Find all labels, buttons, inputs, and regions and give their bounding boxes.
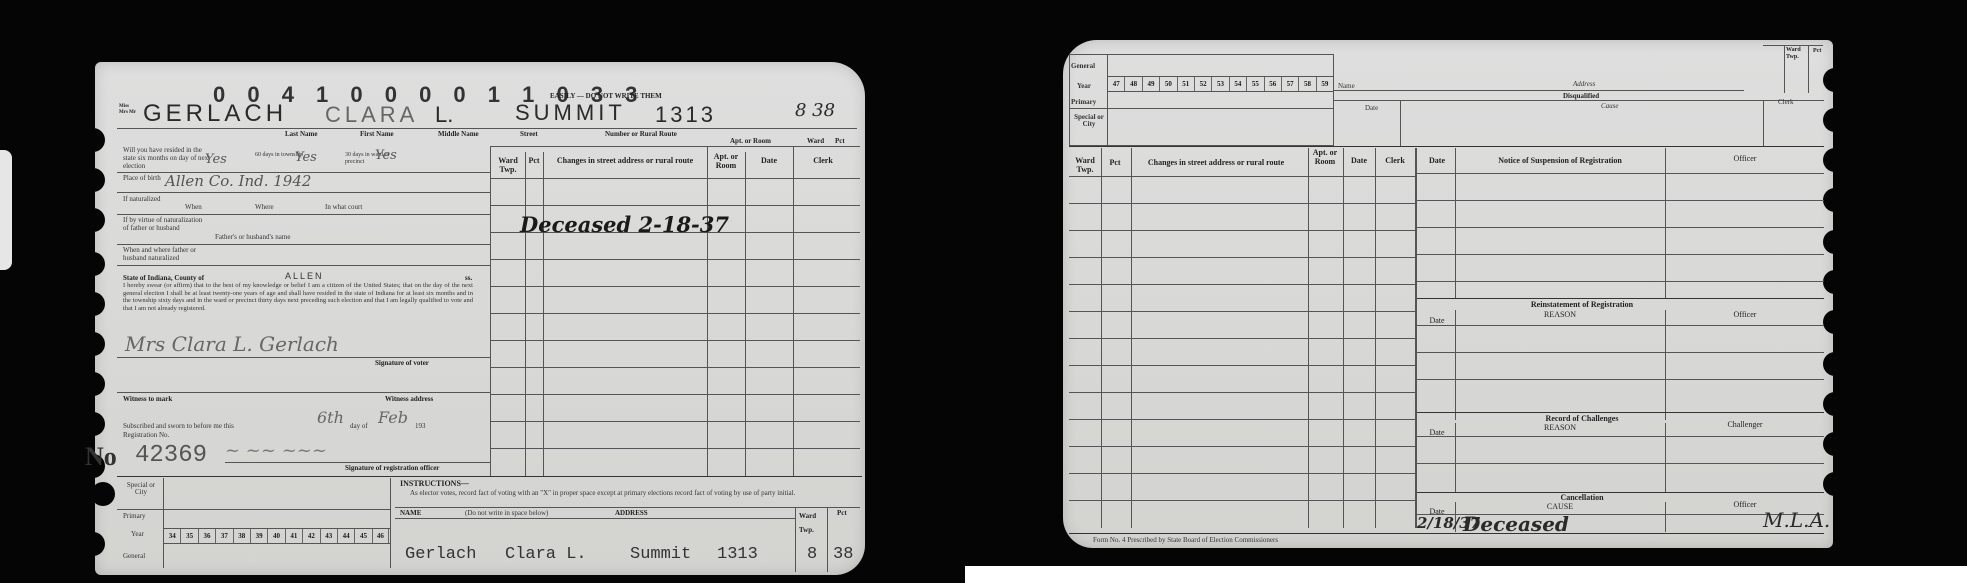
year-cell: 57: [1281, 77, 1298, 91]
rule: [117, 192, 490, 193]
rule: [1069, 392, 1417, 393]
punch-hole: [1823, 310, 1847, 334]
rule: [1784, 45, 1785, 93]
rule: [1417, 352, 1824, 353]
punch-hole: [81, 332, 105, 356]
rule: [1069, 311, 1417, 312]
reinstatement-title: Reinstatement of Registration: [1417, 300, 1747, 309]
voter-signature: Mrs Clara L. Gerlach: [125, 332, 339, 356]
year-row: 34 35 36 37 38 39 40 41 42 43 44 45 46: [163, 528, 390, 544]
rule: [1069, 108, 1334, 109]
rule: [1665, 502, 1666, 532]
rule: [793, 146, 794, 476]
registration-number: 42369: [135, 442, 207, 469]
birthplace-handwritten: Allen Co. Ind. 1942: [165, 172, 311, 190]
oath-text: I hereby swear (or affirm) that to the b…: [123, 282, 473, 312]
rule: [1069, 284, 1417, 285]
year-cell: 38: [233, 529, 250, 543]
rule: [1069, 338, 1417, 339]
rule: [543, 152, 544, 476]
row-label-general: General: [123, 552, 145, 561]
name-label: NAME: [400, 509, 421, 517]
last-name-label: Last Name: [285, 130, 317, 138]
rule: [490, 146, 491, 476]
footer-pct-label: Pct: [837, 509, 847, 517]
rule: [1665, 310, 1666, 420]
rule: [1417, 227, 1824, 228]
year-cell: 34: [163, 529, 180, 543]
rule: [1069, 146, 1824, 147]
rule: [163, 478, 164, 568]
year-cell: 58: [1298, 77, 1315, 91]
year-suffix: 193: [415, 422, 426, 431]
rule: [1417, 436, 1824, 437]
rule: [490, 394, 860, 395]
footer-ward-twp-label: Ward Twp.: [799, 509, 825, 537]
punch-hole: [81, 412, 105, 436]
voting-grid-back: [1069, 54, 1334, 146]
rule: [117, 476, 862, 477]
instructions-title: INSTRUCTIONS—: [400, 480, 469, 488]
chal-col-reason: REASON: [1455, 423, 1665, 432]
year-cell: 39: [250, 529, 267, 543]
county-name: ALLEN: [285, 272, 324, 281]
typed-last-name: Gerlach: [405, 545, 476, 564]
punch-hole: [91, 482, 115, 506]
middle-name-label: Middle Name: [438, 130, 479, 138]
punch-hole: [1823, 230, 1847, 254]
col-apt-room: Apt. or Room: [707, 152, 745, 170]
year-cell: 46: [372, 529, 389, 543]
year-cell: 43: [320, 529, 337, 543]
day-of-label: day of: [350, 422, 368, 431]
year-cell: 54: [1229, 77, 1246, 91]
month-handwritten: Feb: [378, 408, 408, 427]
first-name-handwritten: CLARA: [325, 102, 418, 128]
rule: [1417, 281, 1824, 282]
rule: [745, 152, 746, 476]
rule: [1334, 100, 1824, 101]
rule: [1417, 379, 1824, 380]
punch-hole: [1823, 148, 1847, 172]
typed-first-name: Clara L.: [505, 545, 587, 564]
rule: [117, 244, 490, 245]
year-cell: 53: [1211, 77, 1228, 91]
punch-hole: [1823, 68, 1847, 92]
no-write-label: (Do not write in space below): [465, 509, 548, 518]
punch-hole: [1823, 188, 1847, 212]
where-label: Where: [255, 203, 274, 212]
place-of-birth-label: Place of birth: [123, 174, 163, 182]
rule: [117, 214, 490, 215]
voter-signature-label: Signature of voter: [375, 359, 429, 367]
rule: [395, 518, 795, 519]
rule: [490, 286, 860, 287]
year-cell: 45: [354, 529, 371, 543]
year-cell: 47: [1107, 77, 1124, 91]
susp-col-notice: Notice of Suspension of Registration: [1455, 156, 1665, 165]
year-cell: 51: [1177, 77, 1194, 91]
susp-col-date: Date: [1419, 156, 1455, 165]
year-cell: 55: [1246, 77, 1263, 91]
rule: [1069, 365, 1417, 366]
title-prefix: Miss Mrs Mr: [119, 104, 137, 116]
col-apt-room: Apt. or Room: [1309, 148, 1341, 166]
rule: [1417, 173, 1824, 174]
rule: [1665, 423, 1666, 493]
witness-address-label: Witness address: [385, 395, 433, 403]
col-ward-twp: Ward Twp.: [1069, 156, 1101, 174]
col-changes: Changes in street address or rural route: [545, 156, 705, 165]
cancellation-officer-initials: M.L.A.: [1763, 508, 1830, 532]
no-symbol: No: [85, 442, 117, 472]
punch-hole: [81, 252, 105, 276]
rule: [1455, 148, 1456, 298]
resided-precinct-handwritten: Yes: [375, 148, 397, 163]
rule: [1763, 45, 1823, 46]
rule: [1417, 325, 1824, 326]
number-route-label: Number or Rural Route: [605, 130, 677, 138]
disqualified-label: Disqualified: [1563, 92, 1599, 100]
house-number-handwritten: 1313: [655, 102, 716, 128]
rule: [1763, 100, 1764, 146]
year-cell: 42: [302, 529, 319, 543]
fathers-name-label: Father's or husband's name: [215, 233, 290, 242]
pct-label: Pct: [1813, 47, 1821, 55]
year-cell: 59: [1316, 77, 1333, 91]
punch-hole: [81, 208, 105, 232]
officer-signature: ~ ~~ ~~~: [225, 440, 327, 461]
rule: [117, 265, 490, 266]
col-date: Date: [1343, 156, 1375, 165]
rule: [490, 367, 860, 368]
ward-twp-label: Ward Twp.: [1786, 47, 1806, 61]
col-pct: Pct: [525, 156, 543, 165]
rule: [490, 205, 860, 206]
scan-border-strip: [965, 566, 1967, 583]
rule: [1417, 254, 1824, 255]
punch-hole: [81, 532, 105, 556]
punch-hole: [1823, 108, 1847, 132]
year-cell: 52: [1194, 77, 1211, 91]
chal-col-challenger: Challenger: [1665, 420, 1825, 429]
rule: [1808, 45, 1809, 93]
when-label: When: [185, 203, 202, 212]
voter-registration-card-front: 0 0 4 1 0 0 0 0 1 1 0 3 3 EASILY — DO NO…: [95, 62, 865, 575]
punch-hole: [81, 372, 105, 396]
year-cell: 49: [1142, 77, 1159, 91]
year-cell: 35: [180, 529, 197, 543]
street-handwritten: SUMMIT: [515, 100, 626, 126]
row-label-year: Year: [131, 530, 144, 539]
in-what-court-label: In what court: [325, 203, 362, 212]
canc-col-cause: CAUSE: [1455, 502, 1665, 511]
punch-hole: [81, 128, 105, 152]
resided-state-handwritten: Yes: [205, 152, 227, 167]
rule: [490, 340, 860, 341]
typed-street: Summit: [630, 545, 691, 564]
punch-hole: [1823, 432, 1847, 456]
rule: [1069, 419, 1417, 420]
apt-room-label: Apt. or Room: [730, 137, 771, 145]
year-cell: 36: [198, 529, 215, 543]
rule: [490, 146, 860, 147]
resided-label: Will you have resided in the state six m…: [123, 146, 213, 170]
col-ward-twp: Ward Twp.: [493, 156, 523, 174]
form-footer: Form No. 4 Prescribed by State Board of …: [1093, 536, 1278, 545]
rule: [1665, 148, 1666, 298]
rule: [525, 152, 526, 476]
punch-hole: [1823, 352, 1847, 376]
typed-number: 1313: [717, 545, 758, 564]
punch-hole: [1823, 392, 1847, 416]
subscribed-label: Subscribed and sworn to before me this: [123, 422, 234, 431]
susp-col-officer: Officer: [1665, 154, 1825, 163]
rule: [827, 507, 828, 572]
first-name-label: First Name: [360, 130, 394, 138]
rule: [1069, 176, 1417, 177]
if-naturalized-label: If naturalized: [123, 195, 183, 203]
ward-pct-handwritten: 8 38: [795, 100, 835, 121]
clerk-label: Clerk: [1778, 98, 1794, 107]
rule: [1334, 90, 1744, 91]
reinst-col-officer: Officer: [1665, 310, 1825, 319]
rule: [1069, 230, 1417, 231]
year-cell: 40: [267, 529, 284, 543]
instructions-text: As elector votes, record fact of voting …: [410, 489, 850, 497]
rule: [117, 357, 490, 358]
day-handwritten: 6th: [317, 408, 344, 427]
last-name-handwritten: GERLACH: [143, 100, 287, 128]
rule: [1455, 310, 1456, 420]
rule: [1417, 463, 1824, 464]
rule: [490, 313, 860, 314]
rule: [1069, 203, 1417, 204]
rule: [1069, 257, 1417, 258]
year-cell: 48: [1124, 77, 1141, 91]
rule: [1069, 533, 1824, 534]
rule: [1417, 200, 1824, 201]
punch-hole: [81, 168, 105, 192]
rule: [117, 509, 390, 510]
col-clerk: Clerk: [1375, 156, 1415, 165]
when-where-father-label: When and where father or husband natural…: [123, 246, 213, 262]
col-pct: Pct: [1101, 158, 1129, 167]
pct-label: Pct: [835, 137, 845, 145]
rule: [395, 507, 860, 508]
reinst-col-date: Date: [1419, 316, 1455, 325]
address-label: ADDRESS: [615, 509, 648, 517]
row-label-primary: Primary: [123, 512, 146, 521]
row-label-special: Special or City: [1071, 114, 1107, 128]
state-county-label: State of Indiana, County of: [123, 274, 204, 282]
year-cell: 44: [337, 529, 354, 543]
row-label-special: Special or City: [123, 482, 159, 496]
rule: [1069, 446, 1417, 447]
scanner-edge-glare: [0, 150, 12, 270]
reinst-col-reason: REASON: [1455, 310, 1665, 319]
col-changes: Changes in street address or rural route: [1131, 158, 1301, 167]
disq-date-label: Date: [1365, 104, 1378, 113]
rule: [490, 259, 860, 260]
rule: [1400, 100, 1401, 146]
rule: [490, 421, 860, 422]
rule: [1069, 500, 1417, 501]
rule: [117, 392, 490, 393]
year-cell: 37: [215, 529, 232, 543]
year-cell: 50: [1159, 77, 1176, 91]
rule: [1417, 412, 1824, 413]
punch-hole: [1823, 270, 1847, 294]
rule: [225, 462, 490, 463]
row-label-general: General: [1071, 62, 1095, 71]
rule: [1107, 54, 1108, 146]
row-label-primary: Primary: [1071, 98, 1096, 107]
year-cell: 56: [1264, 77, 1281, 91]
cause-label: Cause: [1601, 102, 1619, 111]
rule: [795, 507, 796, 572]
rule: [390, 478, 391, 568]
resided-township-handwritten: Yes: [295, 150, 317, 165]
ward-label: Ward: [807, 137, 824, 145]
row-label-year: Year: [1077, 82, 1091, 91]
middle-initial-handwritten: L.: [435, 102, 453, 128]
voter-registration-card-back: General Year Primary Special or City 47 …: [1063, 40, 1833, 548]
punch-hole: [1823, 472, 1847, 496]
witness-to-mark-label: Witness to mark: [123, 395, 172, 403]
rule: [707, 146, 708, 476]
punch-hole: [81, 292, 105, 316]
officer-signature-label: Signature of registration officer: [345, 464, 439, 472]
year-row: 47 48 49 50 51 52 53 54 55 56 57 58 59: [1107, 76, 1334, 92]
rule: [1455, 423, 1456, 493]
address-label: Address: [1573, 80, 1595, 89]
ss-label: ss.: [465, 274, 472, 282]
rule: [490, 178, 860, 179]
header-instruction: EASILY — DO NOT WRITE THEM: [550, 92, 662, 100]
street-label: Street: [520, 130, 538, 138]
typed-ward: 8: [807, 545, 817, 564]
deceased-entry: Deceased 2-18-37: [520, 212, 729, 237]
rule: [1417, 298, 1824, 299]
typed-pct: 38: [833, 545, 853, 564]
rule: [490, 448, 860, 449]
col-clerk: Clerk: [793, 156, 853, 165]
year-cell: 41: [285, 529, 302, 543]
col-date: Date: [745, 156, 793, 165]
name-underline: [117, 128, 857, 129]
by-virtue-label: If by virtue of naturalization of father…: [123, 216, 203, 232]
registration-no-label: Registration No.: [123, 431, 169, 440]
rule: [1069, 473, 1417, 474]
